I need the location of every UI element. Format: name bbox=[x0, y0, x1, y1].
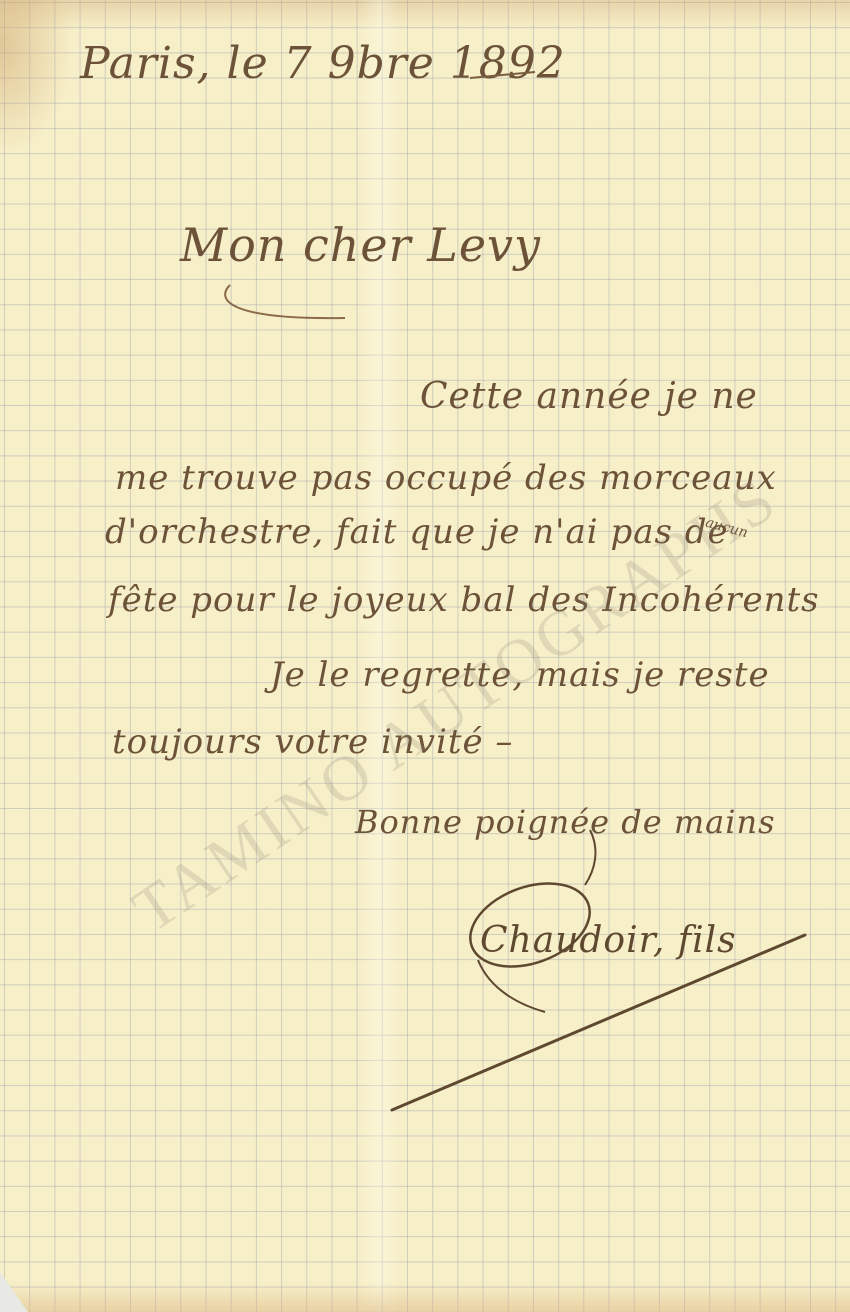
letter-page: Paris, le 7 9bre 1892 Mon cher Levy Cett… bbox=[0, 0, 850, 1312]
signature-flourish bbox=[0, 0, 850, 1312]
